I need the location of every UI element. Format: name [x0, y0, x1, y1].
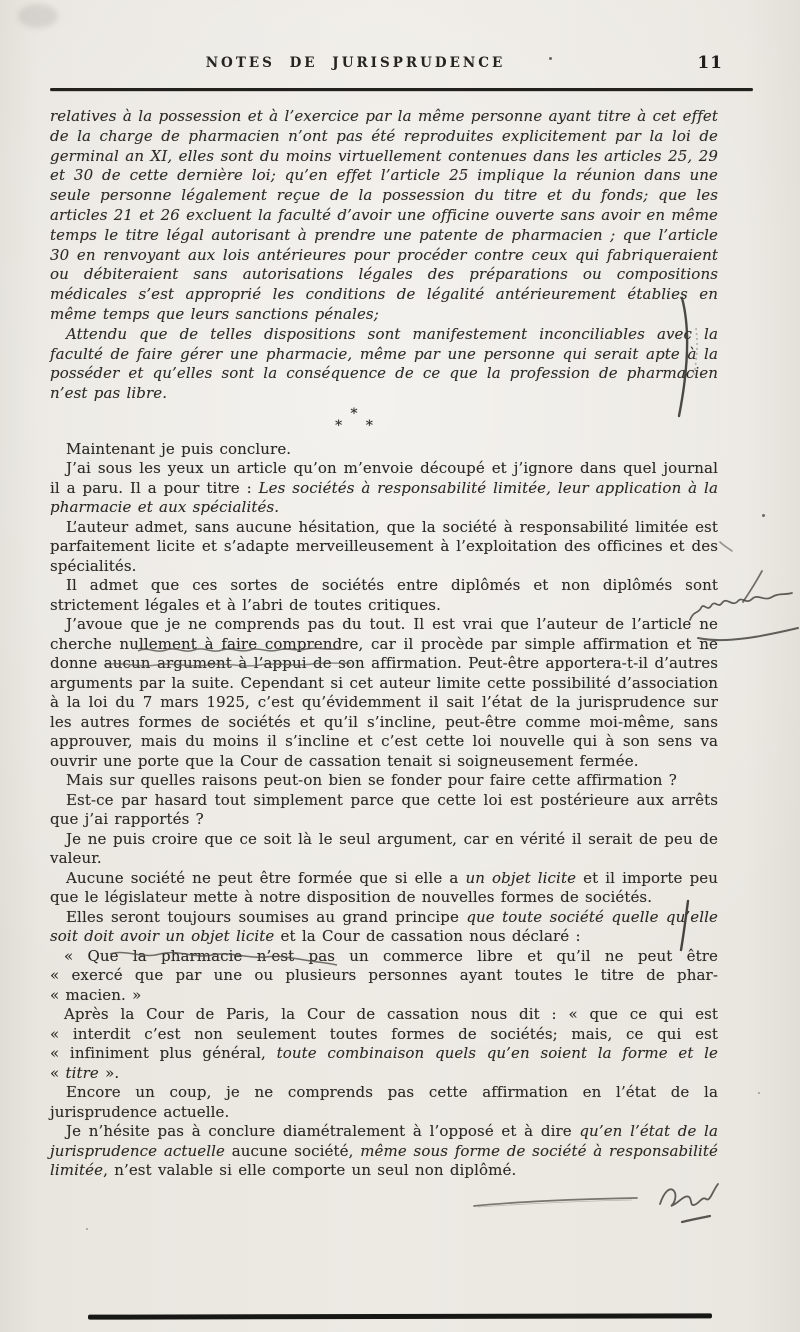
quoted-passage: Après la Cour de Paris, la Cour de cassa… — [50, 1005, 718, 1083]
paper-speck — [86, 1228, 88, 1230]
quote-line: Après la Cour de Paris, la Cour de cassa… — [50, 1005, 718, 1025]
bottom-scribble-handwriting — [656, 1176, 730, 1232]
paper-smudge — [18, 4, 58, 28]
page-text-block: relatives à la possession et à l’exercic… — [50, 107, 718, 1181]
paper-speck — [758, 1092, 760, 1094]
scanned-journal-page: NOTES DE JURISPRUDENCE 11 relatives à la… — [0, 0, 800, 1332]
paragraph: Je n’hésite pas à conclure diamétralemen… — [50, 1122, 718, 1181]
quoted-passage: « Que la pharmacie n’est pas un commerce… — [50, 947, 718, 1006]
paragraph: J’avoue que je ne comprends pas du tout.… — [50, 615, 718, 771]
section-break-asterism: ** * — [20, 409, 688, 433]
quote-line: « exercé que par une ou plusieurs person… — [50, 966, 718, 986]
paragraph: relatives à la possession et à l’exercic… — [50, 107, 718, 325]
margin-tick-pencil-mark — [718, 540, 734, 554]
scan-edge-artifact — [88, 1313, 712, 1319]
paragraph: Mais sur quelles raisons peut-on bien se… — [50, 771, 718, 791]
page-number: 11 — [697, 53, 723, 73]
quote-line: « Que la pharmacie n’est pas un commerce… — [50, 947, 718, 967]
paragraph: Attendu que de telles dispositions sont … — [50, 325, 718, 404]
paragraph: Encore un coup, je ne comprends pas cett… — [50, 1083, 718, 1122]
quote-line: « infiniment plus général, toute combina… — [50, 1044, 718, 1064]
paragraph: J’ai sous les yeux un article qu’on m’en… — [50, 459, 718, 518]
paragraph: Aucune société ne peut être formée que s… — [50, 869, 718, 908]
paper-speck — [762, 514, 765, 517]
paragraph: L’auteur admet, sans aucune hésitation, … — [50, 518, 718, 577]
header-rule — [50, 88, 753, 91]
page-header: NOTES DE JURISPRUDENCE 11 — [50, 55, 753, 81]
paragraph: Elles seront toujours soumises au grand … — [50, 908, 718, 947]
paragraph: Il admet que ces sortes de sociétés entr… — [50, 576, 718, 615]
margin-slash-pencil-mark — [740, 568, 766, 606]
running-title: NOTES DE JURISPRUDENCE — [4, 55, 707, 71]
bottom-pencil-line — [472, 1195, 640, 1209]
quote-line: « macien. » — [50, 986, 718, 1006]
paragraph: Maintenant je puis conclure. — [50, 440, 718, 460]
quote-line: « titre ». — [50, 1064, 718, 1084]
paragraph: Je ne puis croire que ce soit là le seul… — [50, 830, 718, 869]
paragraph: Est-ce par hasard tout simplement parce … — [50, 791, 718, 830]
paper-speck — [549, 57, 552, 60]
quote-line: « interdit c’est non seulement toutes fo… — [50, 1025, 718, 1045]
